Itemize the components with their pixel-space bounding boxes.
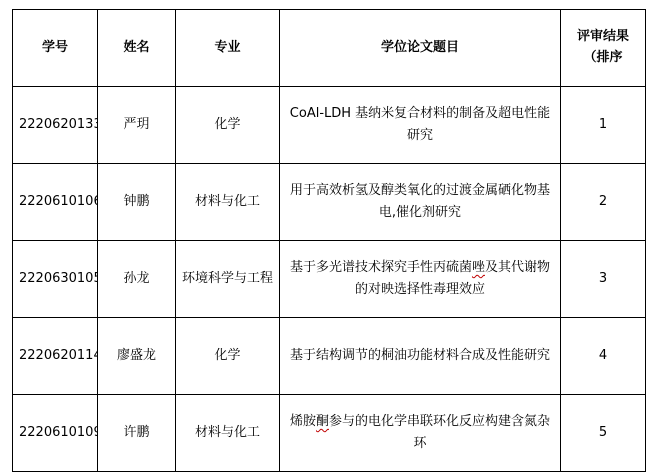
column-header-review-result: 评审结果 （排序 [561, 10, 646, 87]
name-cell: 严玥 [98, 87, 176, 164]
thesis-title-text: 参与的电化学串联环化反应构建含氮杂环 [329, 414, 550, 451]
thesis-title-text: 基于多光谱技术探究手性丙硫菌 [290, 260, 472, 275]
table-row: 2220620114廖盛龙化学基于结构调节的桐油功能材料合成及性能研究4 [13, 318, 646, 395]
student-id-cell: 2220620114 [13, 318, 98, 395]
thesis-title-cell: 基于结构调节的桐油功能材料合成及性能研究 [280, 318, 561, 395]
header-row: 学号 姓名 专业 学位论文题目 评审结果 （排序 [13, 10, 646, 87]
table-row: 2220610109许鹏材料与化工烯胺酮参与的电化学串联环化反应构建含氮杂环5 [13, 395, 646, 472]
name-cell: 许鹏 [98, 395, 176, 472]
name-cell: 廖盛龙 [98, 318, 176, 395]
thesis-title-text: 烯胺 [290, 414, 316, 429]
major-cell: 材料与化工 [176, 395, 280, 472]
major-cell: 化学 [176, 87, 280, 164]
column-header-major: 专业 [176, 10, 280, 87]
thesis-title-cell: 烯胺酮参与的电化学串联环化反应构建含氮杂环 [280, 395, 561, 472]
thesis-title-text: CoAl-LDH 基纳米复合材料的制备及超电性能研究 [290, 106, 550, 143]
major-cell: 环境科学与工程 [176, 241, 280, 318]
thesis-title-text: 用于高效析氢及醇类氧化的过渡金属硒化物基电,催化剂研究 [290, 183, 550, 220]
spellcheck-flagged-text: 酮 [316, 414, 329, 429]
column-header-name: 姓名 [98, 10, 176, 87]
thesis-title-cell: CoAl-LDH 基纳米复合材料的制备及超电性能研究 [280, 87, 561, 164]
column-header-student-id: 学号 [13, 10, 98, 87]
thesis-title-cell: 基于多光谱技术探究手性丙硫菌唑及其代谢物的对映选择性毒理效应 [280, 241, 561, 318]
thesis-title-cell: 用于高效析氢及醇类氧化的过渡金属硒化物基电,催化剂研究 [280, 164, 561, 241]
name-cell: 钟鹏 [98, 164, 176, 241]
rank-cell: 4 [561, 318, 646, 395]
major-cell: 化学 [176, 318, 280, 395]
table-row: 2220610106钟鹏材料与化工用于高效析氢及醇类氧化的过渡金属硒化物基电,催… [13, 164, 646, 241]
thesis-title-text: 基于结构调节的桐油功能材料合成及性能研究 [290, 348, 550, 363]
rank-cell: 1 [561, 87, 646, 164]
rank-cell: 2 [561, 164, 646, 241]
rank-cell: 3 [561, 241, 646, 318]
student-id-cell: 2220620133 [13, 87, 98, 164]
thesis-review-table: 学号 姓名 专业 学位论文题目 评审结果 （排序 2220620133严玥化学C… [12, 9, 646, 472]
spellcheck-flagged-text: 唑 [472, 260, 485, 275]
column-header-thesis-title: 学位论文题目 [280, 10, 561, 87]
student-id-cell: 2220630105 [13, 241, 98, 318]
rank-cell: 5 [561, 395, 646, 472]
table-body: 2220620133严玥化学CoAl-LDH 基纳米复合材料的制备及超电性能研究… [13, 87, 646, 472]
table-row: 2220630105孙龙环境科学与工程基于多光谱技术探究手性丙硫菌唑及其代谢物的… [13, 241, 646, 318]
student-id-cell: 2220610109 [13, 395, 98, 472]
major-cell: 材料与化工 [176, 164, 280, 241]
document-page: 学号 姓名 专业 学位论文题目 评审结果 （排序 2220620133严玥化学C… [0, 0, 655, 476]
student-id-cell: 2220610106 [13, 164, 98, 241]
name-cell: 孙龙 [98, 241, 176, 318]
table-row: 2220620133严玥化学CoAl-LDH 基纳米复合材料的制备及超电性能研究… [13, 87, 646, 164]
